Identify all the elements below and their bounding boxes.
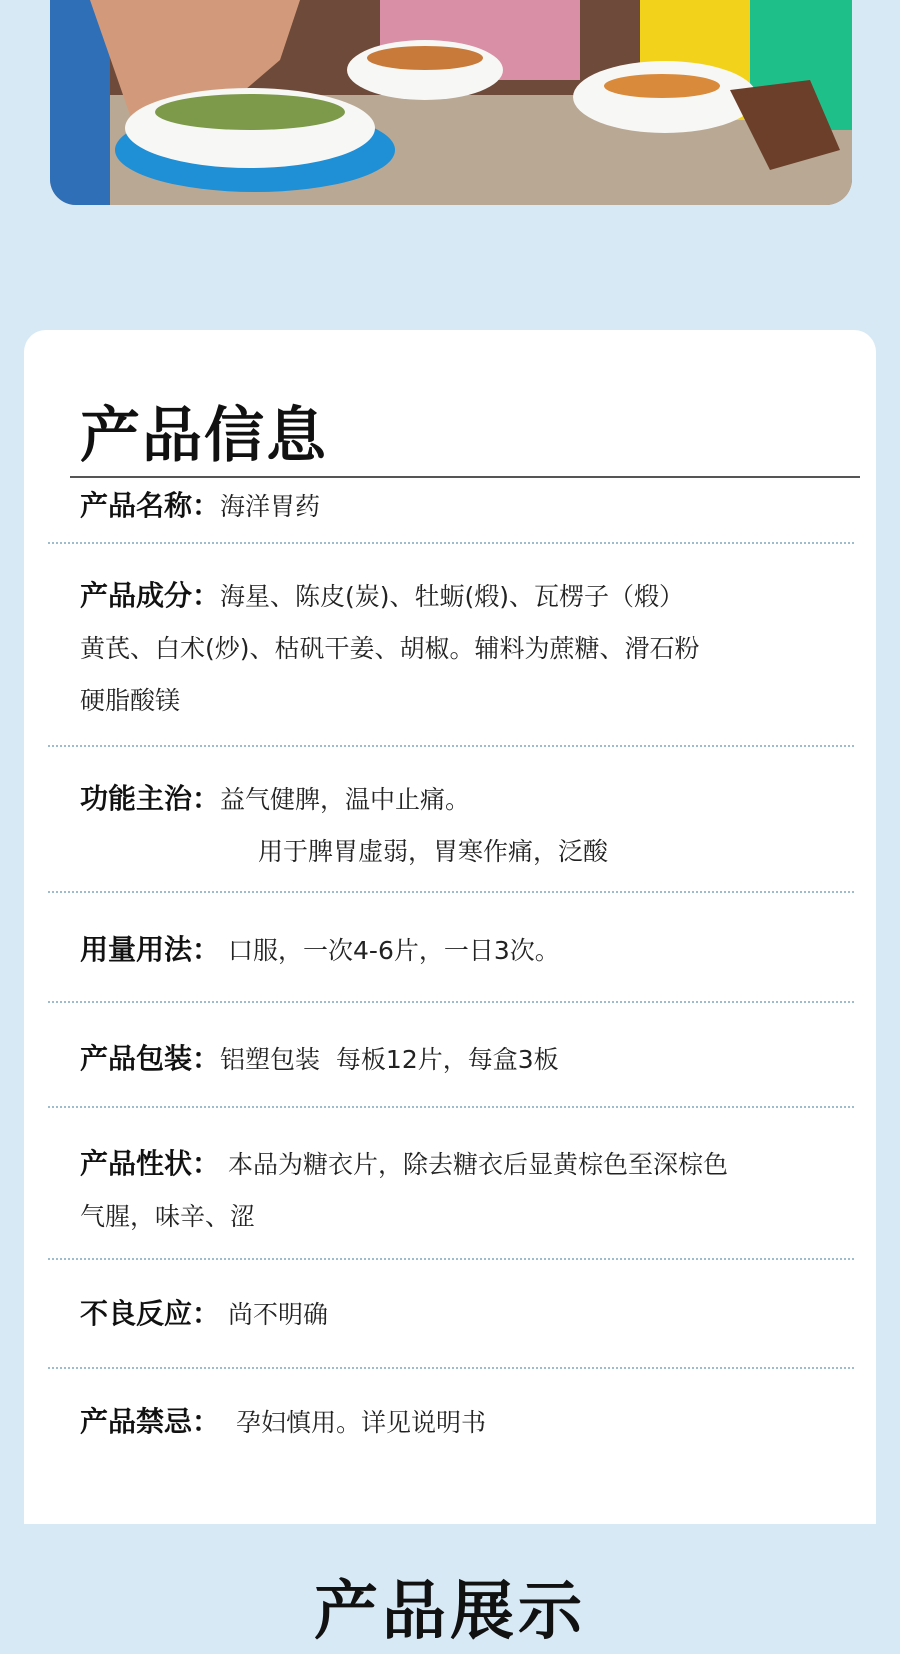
- row-value: 益气健脾，温中止痛。: [220, 774, 470, 826]
- row-value: 本品为糖衣片，除去糖衣后显黄棕色至深棕色: [220, 1139, 728, 1191]
- row-label: 产品名称：: [80, 480, 220, 532]
- row-label: 产品禁忌：: [80, 1396, 220, 1448]
- row-value: 海洋胃药: [220, 481, 320, 533]
- row-divider: [48, 1258, 854, 1260]
- row-label: 功能主治：: [80, 773, 220, 825]
- row-divider: [48, 1001, 854, 1003]
- row-value: 孕妇慎用。详见说明书: [220, 1397, 486, 1449]
- info-row-appearance: 产品性状： 本品为糖衣片，除去糖衣后显黄棕色至深棕色 气腥，味辛、涩: [80, 1138, 880, 1243]
- info-row-packaging: 产品包装： 铝塑包装 每板12片，每盒3板: [80, 1033, 880, 1086]
- row-value-continuation: 用于脾胃虚弱，胃寒作痛，泛酸: [80, 826, 880, 878]
- row-divider: [48, 891, 854, 893]
- row-value-continuation: 气腥，味辛、涩: [80, 1191, 880, 1243]
- dining-photo-illustration: [50, 0, 852, 205]
- info-row-adverse-reactions: 不良反应： 尚不明确: [80, 1288, 880, 1341]
- card-title: 产品信息: [80, 388, 328, 474]
- hero-dining-image: [50, 0, 852, 205]
- product-showcase-heading: 产品展示: [0, 1560, 900, 1652]
- row-divider: [48, 1367, 854, 1369]
- row-value: 尚不明确: [220, 1289, 328, 1341]
- row-divider: [48, 745, 854, 747]
- row-divider: [48, 1106, 854, 1108]
- title-rule: [70, 476, 860, 478]
- row-value: 铝塑包装 每板12片，每盒3板: [220, 1034, 559, 1086]
- info-row-contraindications: 产品禁忌： 孕妇慎用。详见说明书: [80, 1396, 880, 1449]
- row-label: 产品性状：: [80, 1138, 220, 1190]
- info-row-ingredients: 产品成分： 海星、陈皮(炭)、牡蛎(煅)、瓦楞子（煅） 黄芪、白术(炒)、枯矾干…: [80, 570, 880, 727]
- info-row-usage: 用量用法： 口服，一次4-6片，一日3次。: [80, 924, 880, 977]
- row-label: 产品成分：: [80, 570, 220, 622]
- row-label: 不良反应：: [80, 1288, 220, 1340]
- row-value: 海星、陈皮(炭)、牡蛎(煅)、瓦楞子（煅）: [220, 571, 684, 623]
- row-value: 口服，一次4-6片，一日3次。: [220, 925, 560, 977]
- row-label: 产品包装：: [80, 1033, 220, 1085]
- info-row-name: 产品名称： 海洋胃药: [80, 480, 880, 533]
- product-info-card: 产品信息 产品名称： 海洋胃药 产品成分： 海星、陈皮(炭)、牡蛎(煅)、瓦楞子…: [24, 330, 876, 1524]
- row-value-continuation: 黄芪、白术(炒)、枯矾干姜、胡椒。辅料为蔗糖、滑石粉: [80, 623, 880, 675]
- row-label: 用量用法：: [80, 924, 220, 976]
- info-row-function: 功能主治： 益气健脾，温中止痛。 用于脾胃虚弱，胃寒作痛，泛酸: [80, 773, 880, 878]
- row-value-continuation: 硬脂酸镁: [80, 675, 880, 727]
- row-divider: [48, 542, 854, 544]
